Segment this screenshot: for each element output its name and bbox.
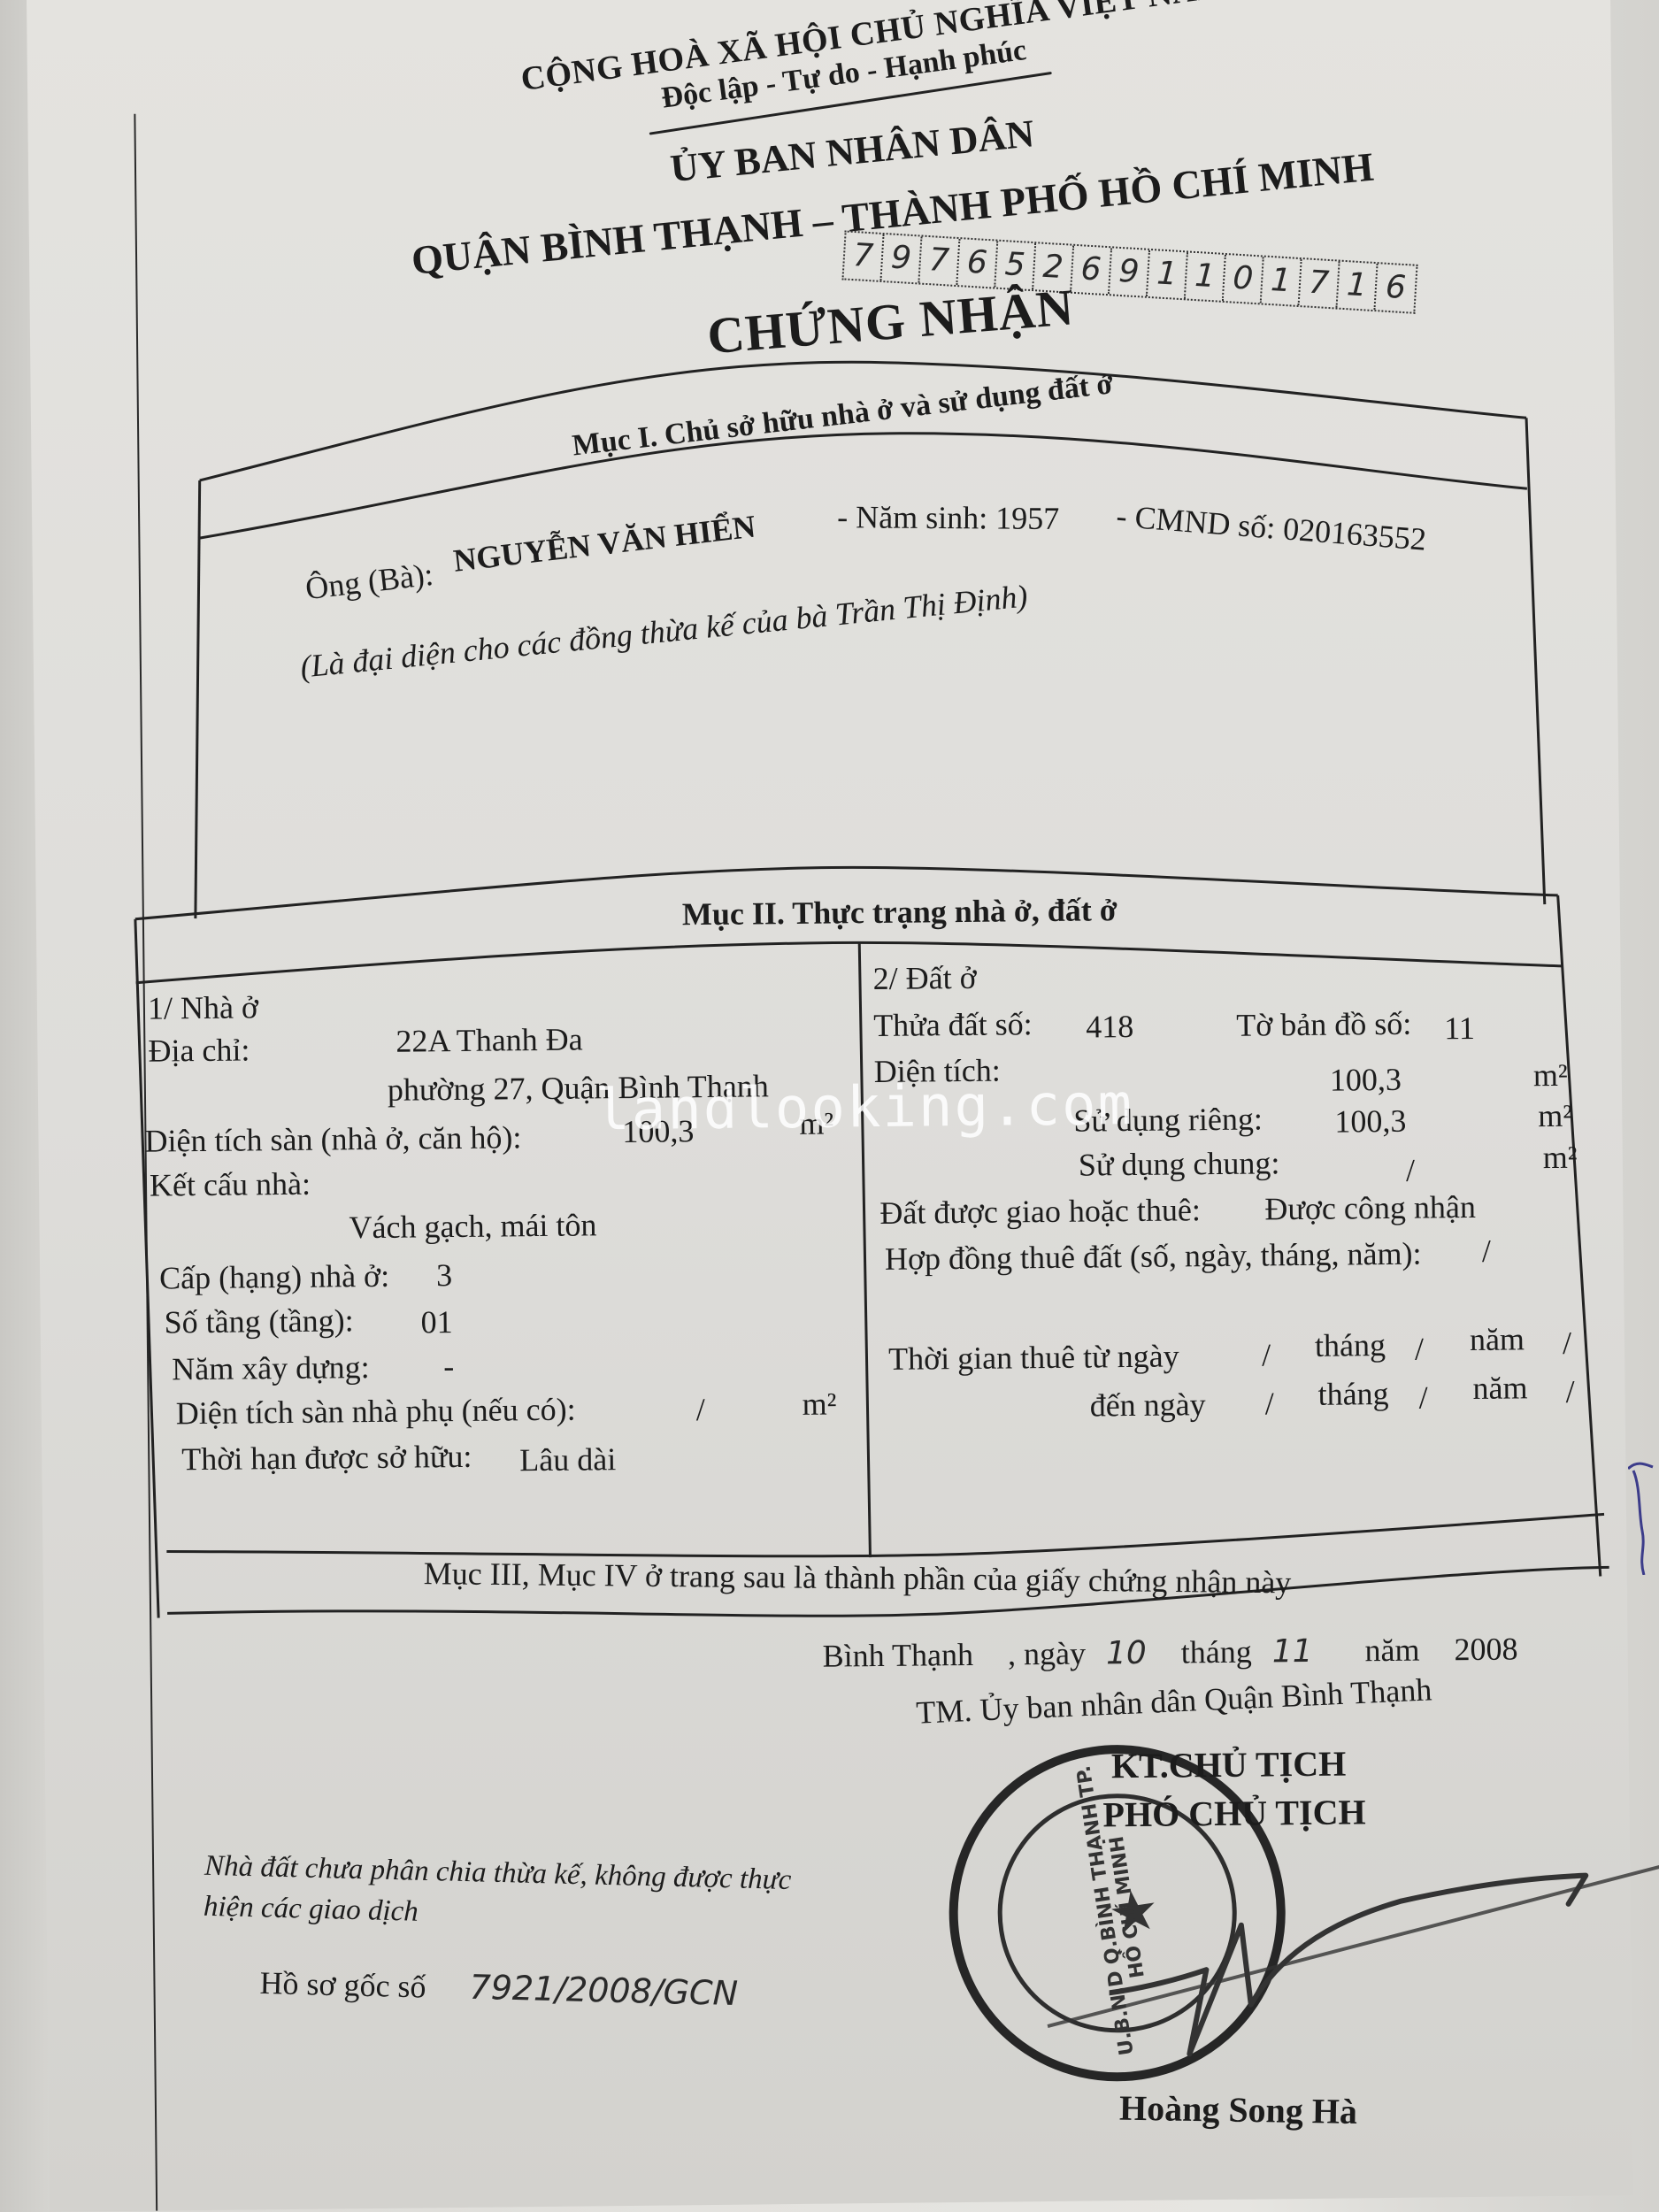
floors-value: 01 <box>420 1303 452 1340</box>
land-heading: 2/ Đất ở <box>872 959 976 997</box>
house-grade-value: 3 <box>436 1256 452 1294</box>
ownership-term-label: Thời hạn được sở hữu: <box>181 1438 472 1478</box>
certificate-page: CỘNG HOÀ XÃ HỘI CHỦ NGHĨA VIỆT NAM Độc l… <box>27 0 1633 2212</box>
map-sheet-label: Tờ bản đồ số: <box>1236 1005 1411 1044</box>
month-label: tháng <box>1181 1634 1252 1671</box>
section-2-title: Mục II. Thực trạng nhà ở, đất ở <box>682 891 1118 933</box>
signatory-kt-title: KT.CHỦ TỊCH <box>1111 1742 1347 1786</box>
house-heading: 1/ Nhà ở <box>148 988 258 1026</box>
allocation-value: Được công nhận <box>1264 1188 1476 1227</box>
parcel-value: 418 <box>1086 1008 1133 1046</box>
aux-area-value: / <box>696 1391 705 1428</box>
issue-month: 11 <box>1272 1633 1313 1670</box>
lease-contract-value: / <box>1482 1233 1491 1270</box>
lease-to-month: / <box>1418 1379 1427 1417</box>
file-record-label: Hồ sơ gốc số <box>259 1965 426 2005</box>
lease-to-year: / <box>1565 1373 1574 1410</box>
structure-value: Vách gạch, mái tôn <box>349 1206 596 1246</box>
shared-use-value: / <box>1406 1152 1415 1189</box>
build-year-label: Năm xây dựng: <box>172 1348 370 1387</box>
aux-area-unit: m² <box>802 1386 836 1423</box>
lease-from-label: Thời gian thuê từ ngày <box>888 1337 1179 1377</box>
ownership-term-value: Lâu dài <box>519 1440 616 1479</box>
parcel-label: Thửa đất số: <box>873 1005 1033 1044</box>
issue-day: 10 <box>1106 1635 1147 1671</box>
shared-use-label: Sử dụng chung: <box>1079 1144 1280 1183</box>
floors-label: Số tầng (tầng): <box>164 1302 353 1340</box>
house-address-label: Địa chỉ: <box>148 1031 250 1069</box>
lease-from-year-label: năm <box>1470 1320 1525 1358</box>
signer-name: Hoàng Song Hà <box>1119 2087 1358 2132</box>
year-label: năm <box>1364 1632 1419 1669</box>
allocation-label: Đất được giao hoặc thuê: <box>879 1191 1201 1232</box>
lease-to-month-label: tháng <box>1317 1375 1388 1413</box>
private-use-value: 100,3 <box>1334 1102 1406 1141</box>
aux-area-label: Diện tích sàn nhà phụ (nếu có): <box>176 1391 576 1432</box>
private-use-unit: m² <box>1538 1097 1572 1134</box>
lease-from-month-label: tháng <box>1315 1326 1386 1364</box>
owner-birth-year: - Năm sinh: 1957 <box>837 498 1059 537</box>
build-year-value: - <box>443 1348 454 1385</box>
signatory-position: PHÓ CHỦ TỊCH <box>1102 1791 1366 1835</box>
land-area-value: 100,3 <box>1330 1061 1402 1099</box>
issue-place-date: Bình Thạnh , ngày 10 tháng 11 năm 2008 <box>822 1630 1517 1674</box>
house-address-line1: 22A Thanh Đa <box>396 1020 583 1059</box>
lease-from-month: / <box>1415 1331 1424 1368</box>
lease-to-day: / <box>1264 1385 1273 1422</box>
land-area-unit: m² <box>1533 1056 1568 1094</box>
lease-to-label: đến ngày <box>1089 1386 1205 1424</box>
lease-from-day: / <box>1262 1336 1271 1373</box>
restriction-note: Nhà đất chưa phân chia thừa kế, không đư… <box>203 1846 824 1942</box>
lease-from-year: / <box>1563 1325 1571 1362</box>
issue-place: Bình Thạnh <box>822 1637 973 1674</box>
map-sheet-value: 11 <box>1444 1010 1475 1047</box>
watermark: landlooking.com <box>595 1072 1134 1143</box>
structure-label: Kết cấu nhà: <box>150 1165 311 1204</box>
lease-to-year-label: năm <box>1472 1369 1527 1407</box>
shared-use-unit: m² <box>1543 1139 1578 1176</box>
issue-year: 2008 <box>1454 1631 1517 1667</box>
lease-contract-label: Hợp đồng thuê đất (số, ngày, tháng, năm)… <box>885 1235 1422 1278</box>
handwritten-signature <box>1108 1868 1605 2059</box>
blue-pen-mark <box>1628 1460 1655 1575</box>
file-record-value: 7921/2008/GCN <box>469 1968 738 2013</box>
day-label: , ngày <box>1008 1636 1086 1672</box>
floor-area-label: Diện tích sàn (nhà ở, căn hộ): <box>144 1118 521 1159</box>
house-grade-label: Cấp (hạng) nhà ở: <box>159 1257 389 1297</box>
